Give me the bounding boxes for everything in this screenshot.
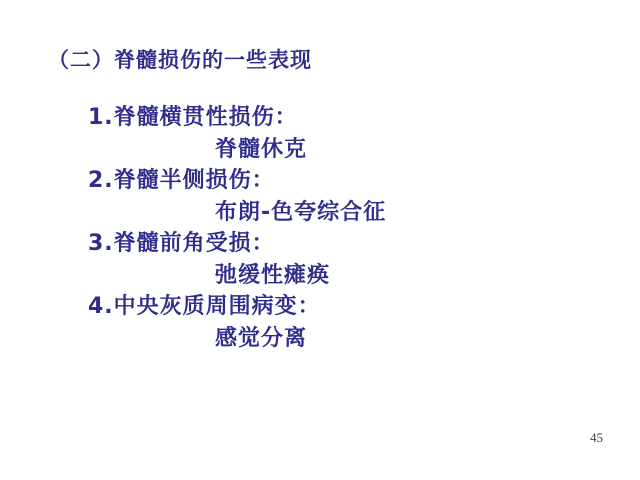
list-item-2-detail: 布朗-色夸综合征 bbox=[88, 197, 386, 229]
page-number: 45 bbox=[590, 430, 603, 446]
list-item-4-heading: 4.中央灰质周围病变： bbox=[88, 291, 386, 323]
presentation-slide: （二）脊髓损伤的一些表现 1.脊髓横贯性损伤： 脊髓休克 2.脊髓半侧损伤： 布… bbox=[0, 0, 640, 480]
list-item-2-heading: 2.脊髓半侧损伤： bbox=[88, 165, 386, 197]
list-item-1-heading: 1.脊髓横贯性损伤： bbox=[88, 102, 386, 134]
list-item-4-detail: 感觉分离 bbox=[88, 323, 386, 355]
content-list: 1.脊髓横贯性损伤： 脊髓休克 2.脊髓半侧损伤： 布朗-色夸综合征 3.脊髓前… bbox=[88, 102, 386, 354]
list-item-3-heading: 3.脊髓前角受损： bbox=[88, 228, 386, 260]
slide-title: （二）脊髓损伤的一些表现 bbox=[48, 44, 312, 74]
list-item-3-detail: 弛缓性瘫痪 bbox=[88, 260, 386, 292]
list-item-1-detail: 脊髓休克 bbox=[88, 134, 386, 166]
